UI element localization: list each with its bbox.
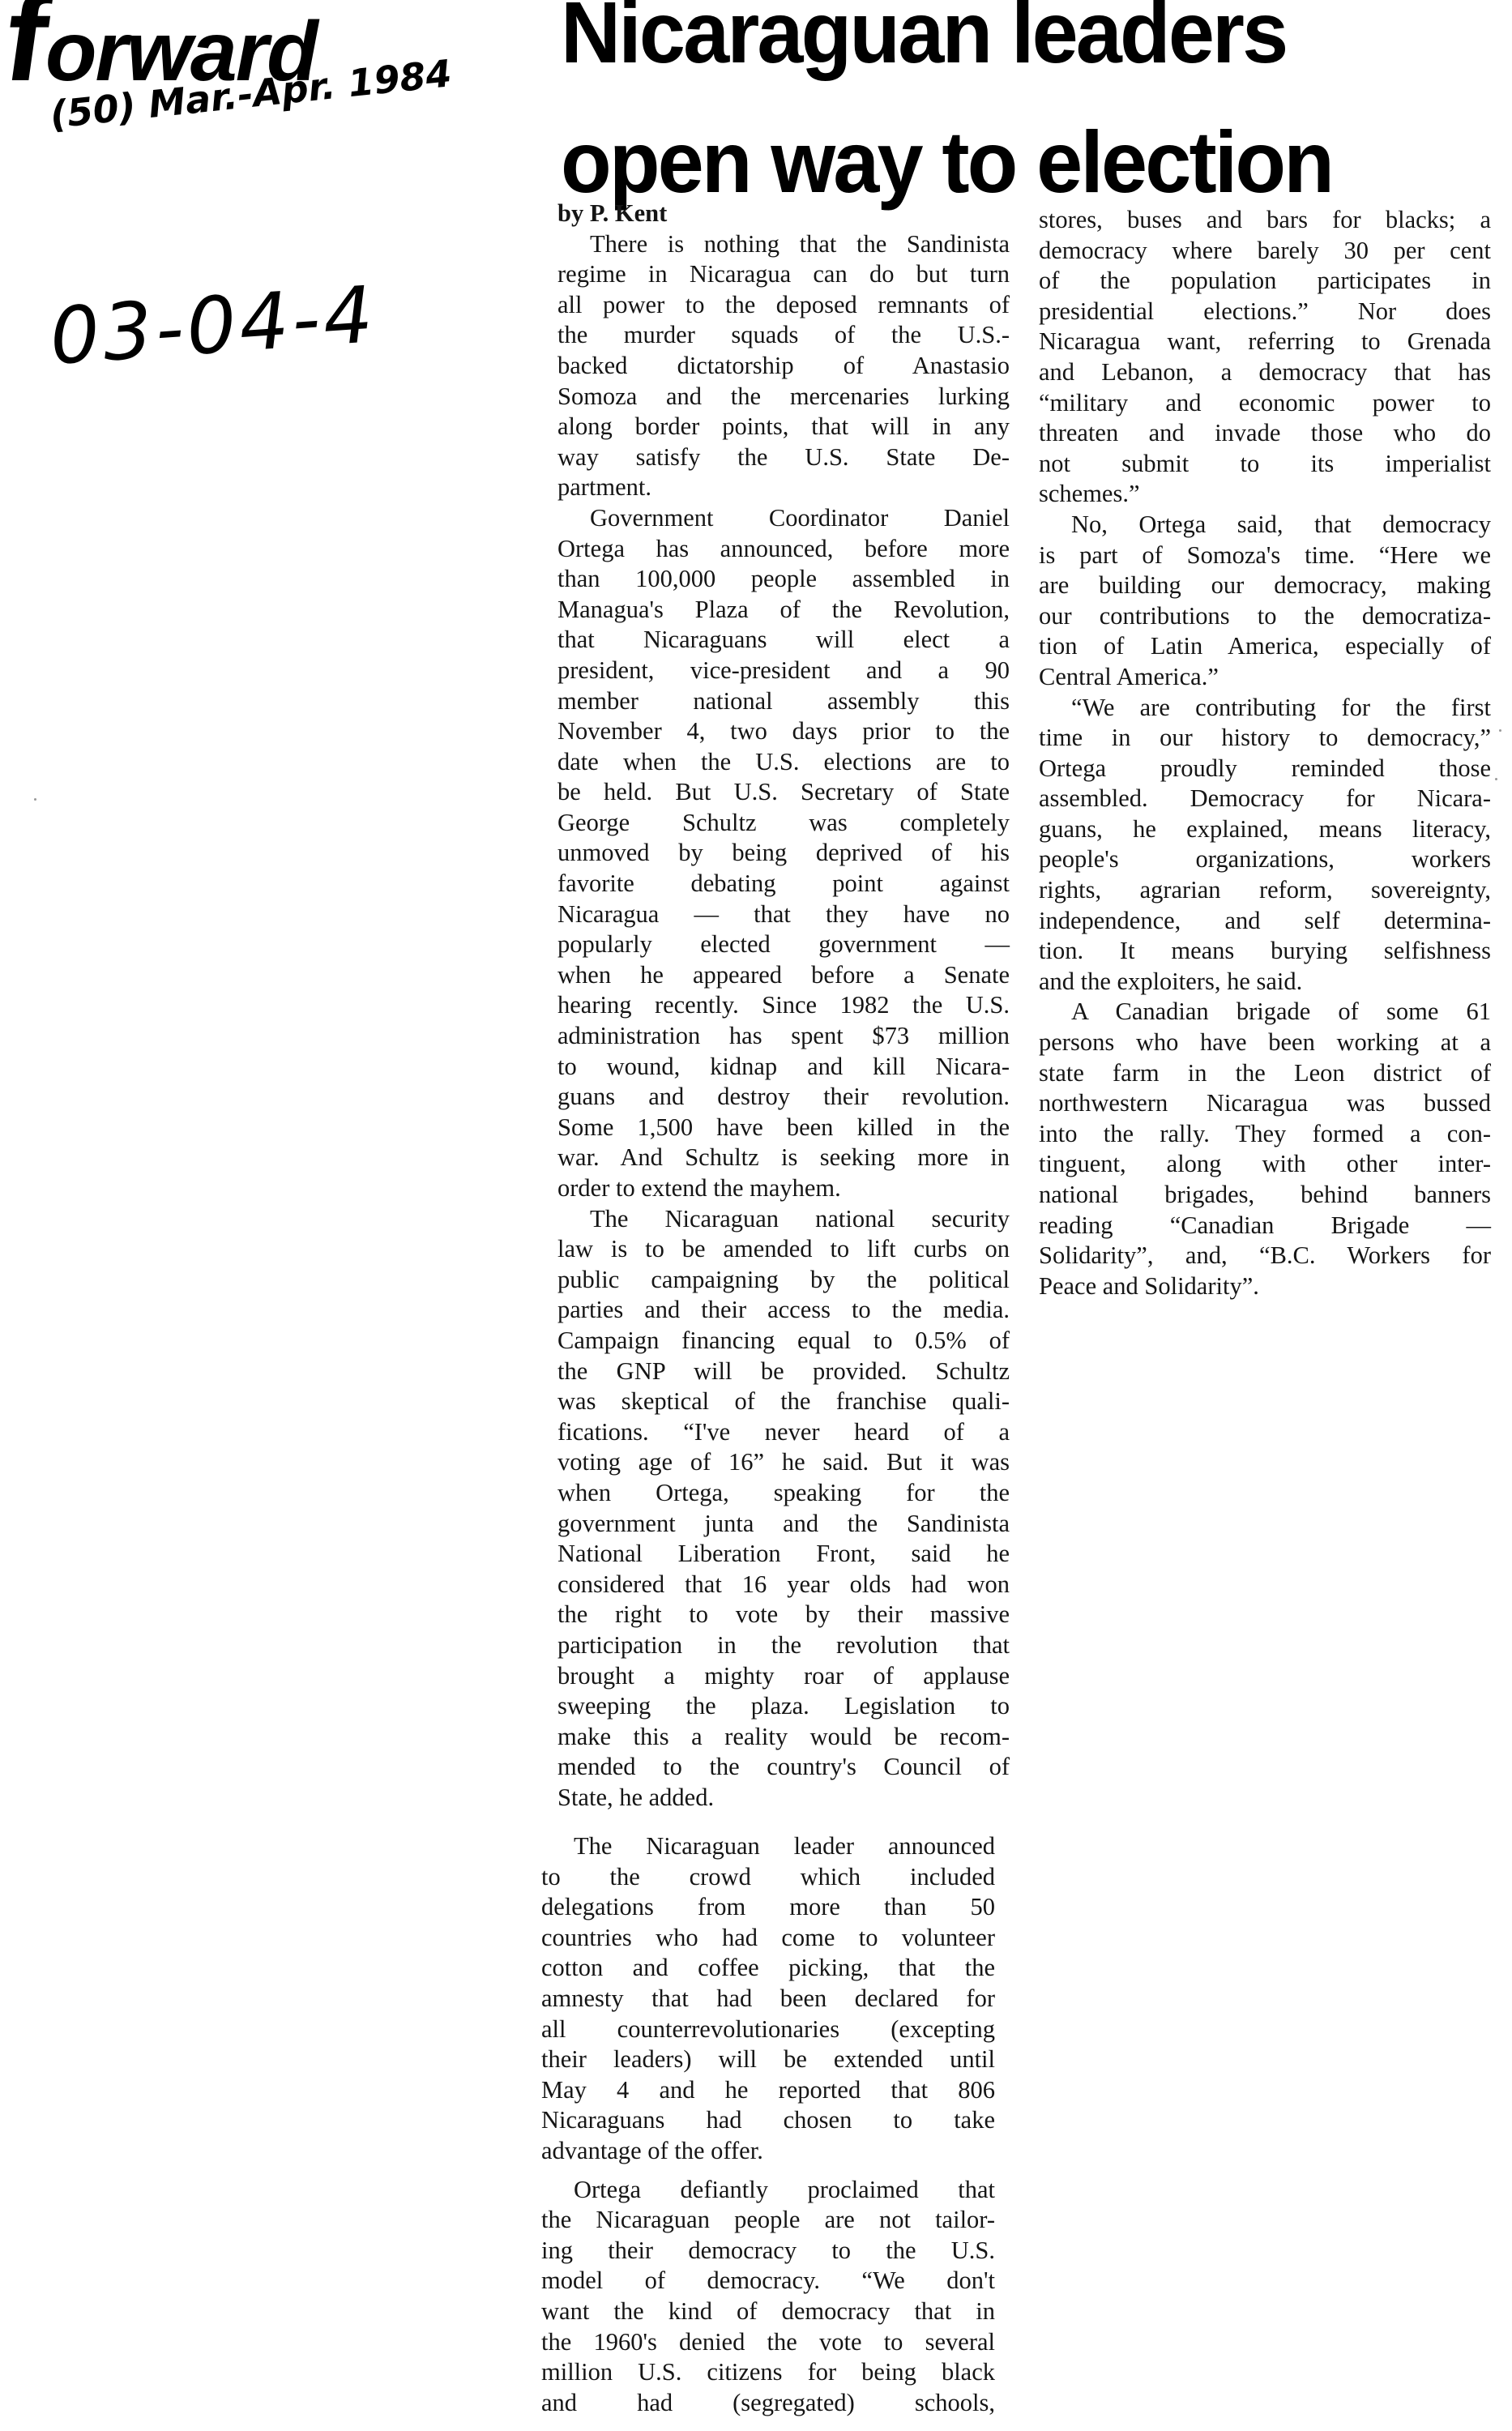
article-text-line: to wound, kidnap and kill Nicara- [557, 1052, 1010, 1083]
article-text-line: ing their democracy to the U.S. [541, 2236, 995, 2267]
byline: by P. Kent [557, 199, 1010, 229]
article-text-line: and the exploiters, he said. [1039, 967, 1491, 998]
article-text-line: not submit to its imperialist [1039, 449, 1491, 480]
article-text-line: threaten and invade those who do [1039, 418, 1491, 449]
article-text-line: partment. [557, 472, 1010, 503]
article-text-line: northwestern Nicaragua was bussed [1039, 1088, 1491, 1119]
article-text-line: mended to the country's Council of [557, 1752, 1010, 1783]
article-text-line: the right to vote by their massive [557, 1600, 1010, 1630]
article-text-line: rights, agrarian reform, sovereignty, [1039, 875, 1491, 906]
article-text-line: A Canadian brigade of some 61 [1039, 997, 1491, 1028]
article-text-line: Managua's Plaza of the Revolution, [557, 595, 1010, 626]
article-text-line: is part of Somoza's time. “Here we [1039, 540, 1491, 571]
article-text-line: national brigades, behind banners [1039, 1180, 1491, 1211]
article-text-line: public campaigning by the political [557, 1265, 1010, 1296]
article-text-line: popularly elected government — [557, 929, 1010, 960]
article-text-line: want the kind of democracy that in [541, 2296, 995, 2327]
article-text-line: guans, he explained, means literacy, [1039, 814, 1491, 845]
article-text-line: National Liberation Front, said he [557, 1539, 1010, 1570]
article-text-line: The Nicaraguan national security [557, 1204, 1010, 1235]
article-text-line: along border points, that will in any [557, 412, 1010, 442]
left-column-body: There is nothing that the Sandinistaregi… [557, 229, 1010, 1814]
article-text-line: state farm in the Leon district of [1039, 1058, 1491, 1089]
handwritten-file-code: 03-04-4 [47, 269, 379, 382]
article-text-line: assembled. Democracy for Nicara- [1039, 784, 1491, 814]
article-text-line: was skeptical of the franchise quali- [557, 1386, 1010, 1417]
article-text-line: cotton and coffee picking, that the [541, 1953, 995, 1984]
article-text-line: independence, and self determina- [1039, 906, 1491, 937]
article-text-line: Central America.” [1039, 662, 1491, 693]
article-text-line: Some 1,500 have been killed in the [557, 1113, 1010, 1143]
article-text-line: parties and their access to the media. [557, 1295, 1010, 1326]
article-text-line: amnesty that had been declared for [541, 1984, 995, 2014]
article-text-line: million U.S. citizens for being black [541, 2357, 995, 2388]
article-text-line: persons who have been working at a [1039, 1028, 1491, 1058]
article-text-line: Nicaragua — that they have no [557, 899, 1010, 930]
paragraph-gap [541, 2167, 995, 2175]
article-text-line: May 4 and he reported that 806 [541, 2075, 995, 2106]
right-column-body: stores, buses and bars for blacks; ademo… [1039, 205, 1491, 1301]
article-text-line: Peace and Solidarity”. [1039, 1271, 1491, 1302]
article-text-line: guans and destroy their revolution. [557, 1082, 1010, 1113]
article-text-line: order to extend the mayhem. [557, 1173, 1010, 1204]
article-text-line: the murder squads of the U.S.- [557, 320, 1010, 351]
article-text-line: way satisfy the U.S. State De- [557, 442, 1010, 473]
article-text-line: Ortega proudly reminded those [1039, 754, 1491, 784]
article-headline: Nicaraguan leaders open way to election [561, 0, 1454, 227]
article-text-line: of the population participates in [1039, 266, 1491, 297]
article-text-line: schemes.” [1039, 479, 1491, 510]
article-text-line: to the crowd which included [541, 1862, 995, 1893]
article-text-line: Nicaragua want, referring to Grenada [1039, 327, 1491, 357]
article-text-line: Nicaraguans had chosen to take [541, 2105, 995, 2136]
article-text-line: and had (segregated) schools, [541, 2388, 995, 2419]
article-text-line: November 4, two days prior to the [557, 716, 1010, 747]
article-text-line: tion of Latin America, especially of [1039, 631, 1491, 662]
article-text-line: countries who had come to volunteer [541, 1923, 995, 1954]
article-text-line: reading “Canadian Brigade — [1039, 1211, 1491, 1241]
article-text-line: president, vice-president and a 90 [557, 656, 1010, 686]
article-text-line: participation in the revolution that [557, 1630, 1010, 1661]
article-text-line: their leaders) will be extended until [541, 2044, 995, 2075]
article-column-right: stores, buses and bars for blacks; ademo… [1039, 205, 1491, 1301]
article-text-line: are building our democracy, making [1039, 570, 1491, 601]
article-text-line: regime in Nicaragua can do but turn [557, 259, 1010, 290]
scan-speck [1499, 729, 1501, 732]
article-text-line: The Nicaraguan leader announced [541, 1831, 995, 1862]
article-text-line: delegations from more than 50 [541, 1892, 995, 1923]
article-text-line: stores, buses and bars for blacks; a [1039, 205, 1491, 236]
article-text-line: our contributions to the democratiza- [1039, 601, 1491, 632]
article-text-line: “We are contributing for the first [1039, 693, 1491, 724]
article-text-line: favorite debating point against [557, 869, 1010, 899]
article-text-line: Campaign financing equal to 0.5% of [557, 1326, 1010, 1356]
article-text-line: voting age of 16” he said. But it was [557, 1447, 1010, 1478]
article-text-line: when Ortega, speaking for the [557, 1478, 1010, 1509]
article-text-line: into the rally. They formed a con- [1039, 1119, 1491, 1150]
article-text-line: law is to be amended to lift curbs on [557, 1234, 1010, 1265]
article-text-line: backed dictatorship of Anastasio [557, 351, 1010, 382]
article-text-line: Ortega defiantly proclaimed that [541, 2175, 995, 2206]
article-text-line: and Lebanon, a democracy that has [1039, 357, 1491, 388]
article-text-line: make this a reality would be recom- [557, 1722, 1010, 1753]
article-text-line: fications. “I've never heard of a [557, 1417, 1010, 1448]
article-text-line: “military and economic power to [1039, 388, 1491, 419]
scan-speck [34, 798, 36, 801]
article-text-line: George Schultz was completely [557, 808, 1010, 839]
article-text-line: all counterrevolutionaries (excepting [541, 2014, 995, 2045]
article-text-line: democracy where barely 30 per cent [1039, 236, 1491, 267]
article-text-line: government junta and the Sandinista [557, 1509, 1010, 1540]
article-text-line: time in our history to democracy,” [1039, 723, 1491, 754]
article-text-line: the 1960's denied the vote to several [541, 2327, 995, 2358]
article-text-line: be held. But U.S. Secretary of State [557, 777, 1010, 808]
article-text-line: advantage of the offer. [541, 2136, 995, 2167]
article-text-line: when he appeared before a Senate [557, 960, 1010, 991]
article-column-left-lower: The Nicaraguan leader announcedto the cr… [541, 1831, 995, 2418]
article-column-left: by P. Kent There is nothing that the San… [557, 199, 1010, 1813]
article-text-line: tinguent, along with other inter- [1039, 1149, 1491, 1180]
article-text-line: the GNP will be provided. Schultz [557, 1356, 1010, 1387]
article-text-line: date when the U.S. elections are to [557, 747, 1010, 778]
headline-line-1: Nicaraguan leaders [561, 0, 1454, 97]
article-text-line: administration has spent $73 million [557, 1021, 1010, 1052]
article-text-line: hearing recently. Since 1982 the U.S. [557, 990, 1010, 1021]
article-text-line: than 100,000 people assembled in [557, 564, 1010, 595]
article-text-line: brought a mighty roar of applause [557, 1661, 1010, 1692]
article-text-line: unmoved by being deprived of his [557, 838, 1010, 869]
article-text-line: Solidarity”, and, “B.C. Workers for [1039, 1241, 1491, 1271]
article-text-line: No, Ortega said, that democracy [1039, 510, 1491, 540]
left-column-lower-body: The Nicaraguan leader announcedto the cr… [541, 1831, 995, 2418]
article-text-line: war. And Schultz is seeking more in [557, 1143, 1010, 1173]
article-text-line: considered that 16 year olds had won [557, 1570, 1010, 1600]
article-text-line: sweeping the plaza. Legislation to [557, 1691, 1010, 1722]
article-text-line: Government Coordinator Daniel [557, 503, 1010, 534]
article-text-line: State, he added. [557, 1783, 1010, 1814]
article-text-line: all power to the deposed remnants of [557, 290, 1010, 321]
article-text-line: that Nicaraguans will elect a [557, 625, 1010, 656]
article-text-line: Somoza and the mercenaries lurking [557, 382, 1010, 412]
article-text-line: member national assembly this [557, 686, 1010, 717]
scan-speck [1495, 778, 1497, 780]
article-text-line: the Nicaraguan people are not tailor- [541, 2205, 995, 2236]
article-text-line: Ortega has announced, before more [557, 534, 1010, 565]
article-text-line: There is nothing that the Sandinista [557, 229, 1010, 260]
article-text-line: tion. It means burying selfishness [1039, 936, 1491, 967]
article-text-line: presidential elections.” Nor does [1039, 297, 1491, 327]
article-text-line: model of democracy. “We don't [541, 2266, 995, 2296]
article-text-line: people's organizations, workers [1039, 844, 1491, 875]
